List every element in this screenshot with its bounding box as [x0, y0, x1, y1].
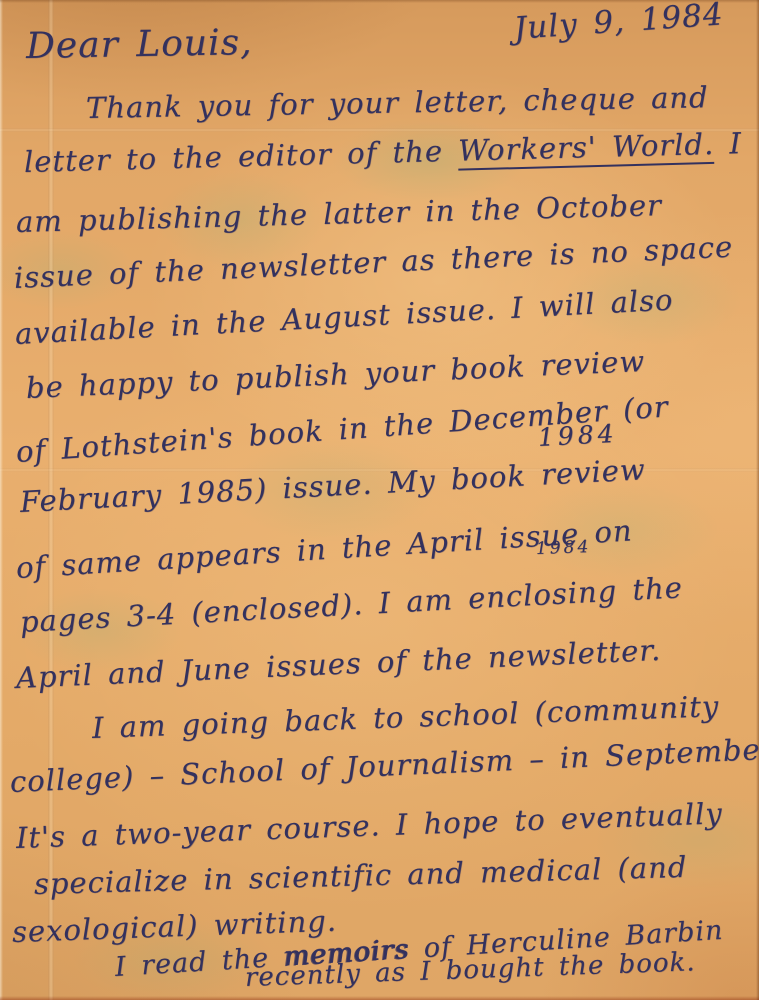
letter-paper: July 9, 1984 Dear Louis, Thank you for y…	[0, 0, 759, 1000]
handwritten-line: Thank you for your letter, cheque and	[86, 81, 709, 125]
insertion-1984-april: 1984	[536, 538, 592, 559]
handwritten-line: be happy to publish your book review	[25, 345, 646, 405]
handwritten-line: letter to the editor of the Workers' Wor…	[24, 127, 743, 179]
salutation: Dear Louis,	[26, 22, 253, 67]
paper-edge-bottom	[0, 996, 759, 1000]
handwritten-line: It's a two-year course. I hope to eventu…	[15, 797, 723, 855]
handwritten-line: am publishing the latter in the October	[16, 189, 663, 239]
paper-edge-left	[0, 0, 3, 1000]
handwritten-line: February 1985) issue. My book review	[19, 453, 646, 519]
handwritten-line: pages 3-4 (enclosed). I am enclosing the	[19, 571, 684, 639]
handwritten-line: specialize in scientific and medical (an…	[34, 851, 688, 901]
handwritten-line: I am going back to school (community	[91, 690, 719, 745]
handwritten-line: April and June issues of the newsletter.	[15, 634, 662, 695]
insertion-1984-december: 1984	[537, 420, 618, 453]
letter-date: July 9, 1984	[513, 0, 725, 48]
underlined-publication-title: Workers' World.	[458, 127, 715, 171]
handwritten-line: available in the August issue. I will al…	[14, 284, 674, 352]
